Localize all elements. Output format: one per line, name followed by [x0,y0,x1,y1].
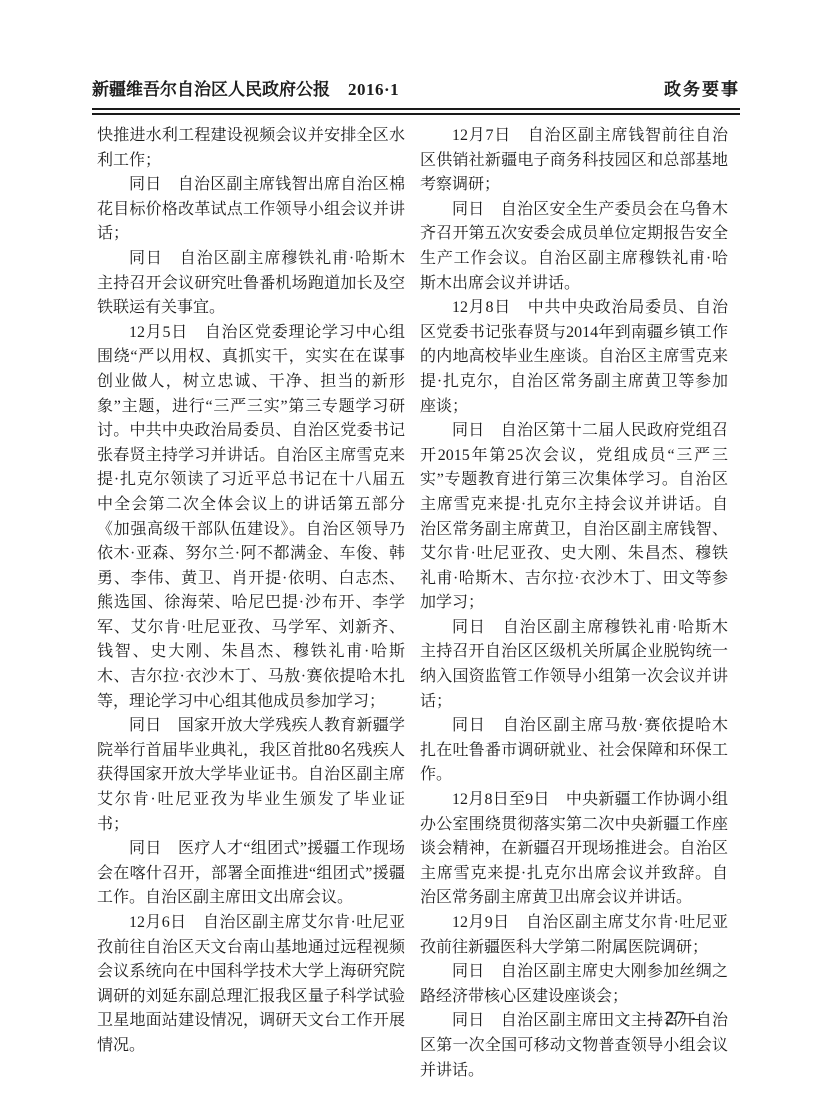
gazette-page: 新疆维吾尔自治区人民政府公报2016·1 政务要事 快推进水利工程建设视频会议并… [0,0,816,1099]
paragraph: 同日 自治区副主席钱智出席自治区棉花目标价格改革试点工作领导小组会议并讲话； [97,173,405,247]
paragraph: 同日 自治区副主席穆铁礼甫·哈斯木主持召开会议研究吐鲁番机场跑道加长及空铁联运有… [97,247,405,321]
page-number: – 27 – [649,1008,703,1030]
paragraph: 同日 医疗人才“组团式”援疆工作现场会在喀什召开，部署全面推进“组团式”援疆工作… [97,837,405,911]
paragraph: 同日 自治区安全生产委员会在乌鲁木齐召开第五次安委会成员单位定期报告安全生产工作… [420,198,728,296]
paragraph: 同日 自治区副主席史大刚参加丝绸之路经济带核心区建设座谈会； [420,960,728,1009]
issue-number: 2016·1 [348,80,399,99]
paragraph: 快推进水利工程建设视频会议并安排全区水利工作； [97,124,405,173]
paragraph: 12月8日至9日 中央新疆工作协调小组办公室围绕贯彻落实第二次中央新疆工作座谈会… [420,788,728,911]
paragraph: 12月6日 自治区副主席艾尔肯·吐尼亚孜前往自治区天文台南山基地通过远程视频会议… [97,911,405,1059]
paragraph: 12月8日 中共中央政治局委员、自治区党委书记张春贤与2014年到南疆乡镇工作的… [420,296,728,419]
paragraph: 同日 自治区第十二届人民政府党组召开2015年第25次会议，党组成员“三严三实”… [420,419,728,616]
paragraph: 12月9日 自治区副主席艾尔肯·吐尼亚孜前往新疆医科大学第二附属医院调研； [420,911,728,960]
header-double-rule [92,108,740,115]
paragraph: 12月5日 自治区党委理论学习中心组围绕“严以用权、真抓实干，实实在在谋事创业做… [97,321,405,715]
column-right: 12月7日 自治区副主席钱智前往自治区供销社新疆电子商务科技园区和总部基地考察调… [420,124,728,1083]
paragraph: 同日 自治区副主席穆铁礼甫·哈斯木主持召开自治区区级机关所属企业脱钩统一纳入国资… [420,616,728,714]
header-left: 新疆维吾尔自治区人民政府公报2016·1 [92,80,399,100]
paragraph: 同日 自治区副主席马敖·赛依提哈木扎在吐鲁番市调研就业、社会保障和环保工作。 [420,714,728,788]
column-left: 快推进水利工程建设视频会议并安排全区水利工作； 同日 自治区副主席钱智出席自治区… [97,124,405,1083]
content-columns: 快推进水利工程建设视频会议并安排全区水利工作； 同日 自治区副主席钱智出席自治区… [97,124,728,1083]
paragraph: 12月7日 自治区副主席钱智前往自治区供销社新疆电子商务科技园区和总部基地考察调… [420,124,728,198]
page-header: 新疆维吾尔自治区人民政府公报2016·1 政务要事 [92,80,740,100]
paragraph: 同日 国家开放大学残疾人教育新疆学院举行首届毕业典礼，我区首批80名残疾人获得国… [97,714,405,837]
journal-title: 新疆维吾尔自治区人民政府公报 [92,80,330,99]
section-title: 政务要事 [664,80,740,100]
